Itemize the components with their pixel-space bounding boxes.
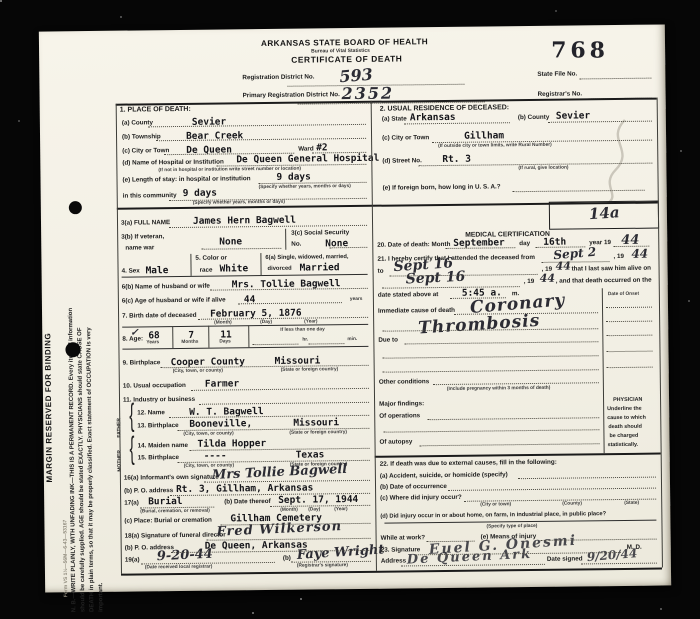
rule-line — [329, 247, 367, 248]
external-d-note: (Specify type of place) — [486, 524, 537, 530]
rule-line — [384, 520, 656, 524]
rule-line — [541, 539, 657, 541]
physician-note-2: Underline the — [607, 406, 642, 412]
rule-line — [260, 253, 261, 275]
rule-line — [375, 453, 661, 458]
occupation-label: 10. Usual occupation — [123, 383, 186, 391]
rule-line — [404, 341, 598, 344]
attended-from-year: 44 — [631, 247, 648, 261]
certify-line3-year-pre: , 19 — [524, 279, 535, 286]
rule-line — [208, 326, 209, 348]
rule-line — [199, 402, 369, 405]
sex-label: 4. Sex — [122, 268, 140, 275]
residence-state-value: Arkansas — [410, 112, 456, 124]
external-a-label: (a) Accident, suicide, or homicide (spec… — [380, 472, 508, 480]
external-d-label: (d) Did injury occur in or about home, o… — [380, 511, 606, 520]
mother-birthplace-label: 15. Birthplace — [138, 455, 179, 462]
rule-line — [404, 122, 510, 124]
fullname-label: 3(a) FULL NAME — [121, 220, 170, 227]
burial-type-note: (Burial, cremation, or removal) — [140, 509, 210, 515]
community-note: (Specify whether years, months or days) — [193, 200, 285, 206]
rule-line — [448, 488, 656, 491]
file-number-stamp: 768 — [551, 37, 609, 63]
autopsy-label: Of autopsy — [379, 439, 412, 446]
sex-value: Male — [145, 265, 168, 276]
marital-value: Married — [299, 262, 339, 273]
certify-line1-year-pre: , 19 — [613, 254, 624, 261]
date-signed-label: Date signed — [547, 556, 583, 563]
registrar-b-label: (b) — [283, 556, 291, 563]
rule-line — [172, 326, 173, 348]
major-findings-label: Major findings: — [379, 401, 424, 408]
rule-line — [383, 369, 599, 372]
rule-line — [602, 288, 605, 453]
rule-line — [581, 563, 657, 565]
rule-line — [252, 344, 298, 346]
veteran-label-2: name war — [125, 245, 154, 252]
operations-label: Of operations — [379, 413, 420, 420]
certify-line4-label: date stated above at — [378, 292, 439, 300]
spouse-age-units: years — [350, 297, 363, 302]
ssn-label-2: No. — [291, 242, 301, 249]
rule-line — [518, 477, 656, 480]
while-at-work-label: While at work? — [381, 535, 426, 542]
rule-line — [607, 351, 653, 353]
rule-line — [433, 382, 599, 385]
mother-birthplace-city: ---- — [204, 450, 227, 461]
certificate-title: CERTIFICATE OF DEATH — [291, 53, 402, 64]
burial-date-value: Sept. 17, 1944 — [278, 494, 358, 506]
registrar-date-note: (Date received local registrar) — [145, 565, 213, 571]
community-value: 9 days — [183, 188, 217, 199]
place-of-death-heading: 1. PLACE OF DEATH: — [120, 106, 191, 114]
residence-city-value: Gillham — [464, 130, 504, 141]
rule-line — [606, 321, 652, 323]
rule-line — [607, 367, 653, 369]
informant-po-label: (b) P. O. address — [124, 488, 173, 495]
father-birthplace-label: 13. Birthplace — [137, 423, 178, 430]
registration-district-label: Registration District No. — [242, 74, 314, 82]
rule-line — [148, 124, 366, 127]
marital-label-1: 6(a) Single, widowed, married, — [265, 254, 348, 261]
rule-line — [122, 346, 368, 350]
rule-line — [579, 78, 651, 80]
physician-note-6: statistically. — [608, 442, 639, 448]
rule-line — [606, 335, 652, 337]
stay-note: (Specify whether years, months or days) — [259, 184, 351, 190]
street-note: (If rural, give location) — [518, 166, 568, 172]
external-heading: 22. If death was due to external causes,… — [380, 460, 557, 469]
external-state-note: (State) — [624, 501, 639, 506]
rule-line — [445, 247, 515, 249]
death-date-label: 20. Date of death: Month — [377, 242, 450, 250]
margin-note-line4: important. — [98, 583, 104, 612]
hole-punch — [69, 201, 82, 214]
spouse-age-label: 6(c) Age of husband or wife if alive — [122, 297, 226, 305]
rule-line — [541, 261, 609, 263]
residence-city-note: (If outside city or town limits, write R… — [438, 143, 552, 149]
registrar-num-label: 19(a) — [125, 557, 140, 564]
street-value: Rt. 3 — [442, 154, 471, 165]
hospital-label: (d) Name of Hospital or Institution — [122, 159, 224, 167]
external-c-label: (c) Where did injury occur? — [380, 495, 462, 503]
age-hr-label: hr. — [302, 338, 308, 343]
rule-line — [383, 355, 599, 358]
margin-note-line3: DEATH in plain terms, so that it may be … — [86, 327, 95, 612]
rule-line — [420, 443, 600, 446]
onset-column-label: Date of Onset — [608, 292, 639, 297]
rule-line — [371, 101, 377, 571]
stay-value: 9 days — [276, 171, 310, 182]
occupation-value: Farmer — [205, 378, 239, 389]
physician-note-3: cause to which — [607, 415, 646, 421]
burial-date-label: (b) Date thereof — [224, 499, 271, 506]
color-value: White — [219, 263, 248, 274]
city-label: (c) City or Town — [122, 148, 169, 155]
stay-label: (e) Length of stay: in hospital or insti… — [123, 176, 251, 184]
veteran-label-1: 3(b) If veteran, — [121, 234, 164, 241]
spouse-label: 6(b) Name of husband or wife — [122, 284, 210, 292]
ssn-label-1: 3(c) Social Security — [291, 230, 349, 238]
veteran-value: None — [219, 236, 242, 247]
other-conditions-label: Other conditions — [379, 379, 429, 386]
mother-maiden-label: 14. Maiden name — [138, 443, 188, 450]
rule-line — [401, 564, 545, 567]
burial-num-label: 17(a) — [124, 500, 139, 507]
external-county-note: (County) — [562, 501, 582, 506]
age-min-label: min. — [347, 337, 357, 342]
state-file-label: State File No. — [537, 71, 577, 78]
father-birthplace-city: Booneville, — [189, 418, 252, 430]
age-checkmark: ✓ — [130, 327, 139, 338]
color-label-2: race — [200, 268, 213, 275]
father-birthplace-state: Missouri — [293, 417, 339, 429]
certify-line3-label: , and that death occurred on the — [556, 278, 652, 286]
father-name-label: 12. Name — [137, 410, 165, 417]
street-label: (d) Street No. — [382, 158, 422, 165]
certificate-paper: MARGIN RESERVED FOR BINDING Form VS 1½—5… — [39, 24, 671, 592]
birthplace-city-note: (City, town, or county) — [173, 369, 223, 375]
rule-line — [657, 98, 663, 568]
certify-to-label: to — [378, 269, 384, 276]
birthdate-label: 7. Birth date of deceased — [122, 313, 197, 321]
father-city-note: (City, town, or county) — [183, 431, 233, 437]
margin-note-line2: should be carefully supplied. AGE should… — [77, 327, 86, 612]
file-code-value: 14a — [588, 203, 620, 223]
residence-city-label: (c) City or Town — [382, 135, 429, 142]
margin-form-code: Form VS 1½—56M—6-43—53167 — [62, 520, 69, 598]
rule-line — [201, 248, 281, 250]
residence-county-label: (b) County — [518, 115, 550, 122]
age-less-label: If less than one day — [280, 327, 325, 333]
township-label: (b) Township — [122, 134, 161, 141]
rule-line — [308, 343, 344, 344]
father-state-note: (State or foreign country) — [289, 430, 347, 436]
scanned-death-certificate: MARGIN RESERVED FOR BINDING Form VS 1½—5… — [0, 0, 700, 619]
rule-line — [285, 229, 286, 250]
age-months-label: Months — [181, 340, 198, 345]
foreign-born-label: (e) If foreign born, how long in U. S. A… — [383, 184, 501, 192]
mother-brace: { — [129, 433, 134, 465]
birthplace-label: 9. Birthplace — [123, 360, 161, 367]
birthplace-state-note: (State or foreign country) — [281, 367, 339, 373]
margin-binding-note: MARGIN RESERVED FOR BINDING — [43, 333, 54, 483]
certify-line2-label: that I last saw him alive on — [572, 266, 652, 274]
hole-punch — [65, 342, 80, 357]
burial-type-value: Burial — [148, 496, 182, 507]
rule-line — [606, 307, 652, 309]
primary-district-label: Primary Registration District No. — [243, 92, 340, 100]
death-day-label: day — [519, 241, 530, 248]
rule-line — [248, 325, 249, 347]
last-seen-year: 44 — [540, 272, 555, 285]
ink-smudge — [585, 115, 646, 206]
father-brace: { — [129, 400, 134, 432]
age-days-label: Days — [219, 339, 231, 344]
physician-note-1: PHYSICIAN — [613, 397, 642, 403]
date-signed-value: 9/20/44 — [586, 546, 637, 564]
rule-line — [190, 254, 191, 276]
registrar-signature: Faye Wright — [296, 542, 384, 563]
registrar-date-received: 9-20-44 — [156, 547, 213, 565]
due-to-label: Due to — [378, 338, 398, 345]
other-conditions-note: (Include pregnancy within 3 months of de… — [447, 386, 550, 392]
mother-maiden-value: Tilda Hopper — [197, 438, 266, 450]
burial-year-note: (Year) — [334, 507, 347, 512]
board-title: ARKANSAS STATE BOARD OF HEALTH — [261, 37, 428, 48]
rule-line — [238, 302, 342, 304]
rule-line — [116, 104, 122, 574]
burial-place-label: (c) Place: Burial or cremation — [124, 518, 212, 526]
age-years-label: Years — [146, 340, 159, 345]
rule-line — [122, 324, 368, 328]
external-city-note: (City or town) — [480, 502, 511, 507]
rule-line — [383, 429, 599, 432]
physician-note-5: be charged — [609, 433, 638, 439]
external-b-label: (b) Date of occurrence — [380, 484, 447, 492]
cause-label: Immediate cause of death — [378, 308, 455, 316]
dust-specks — [0, 0, 2, 2]
registrar-sig-note: (Registrar's signature) — [297, 563, 348, 569]
color-label-1: 5. Color or — [195, 255, 227, 262]
marital-label-2: divorced — [268, 266, 292, 273]
rule-line — [427, 417, 599, 420]
physician-note-4: death should — [608, 424, 642, 430]
mother-birthplace-state: Texas — [296, 449, 325, 460]
last-seen-value: Sept 16 — [405, 269, 465, 288]
